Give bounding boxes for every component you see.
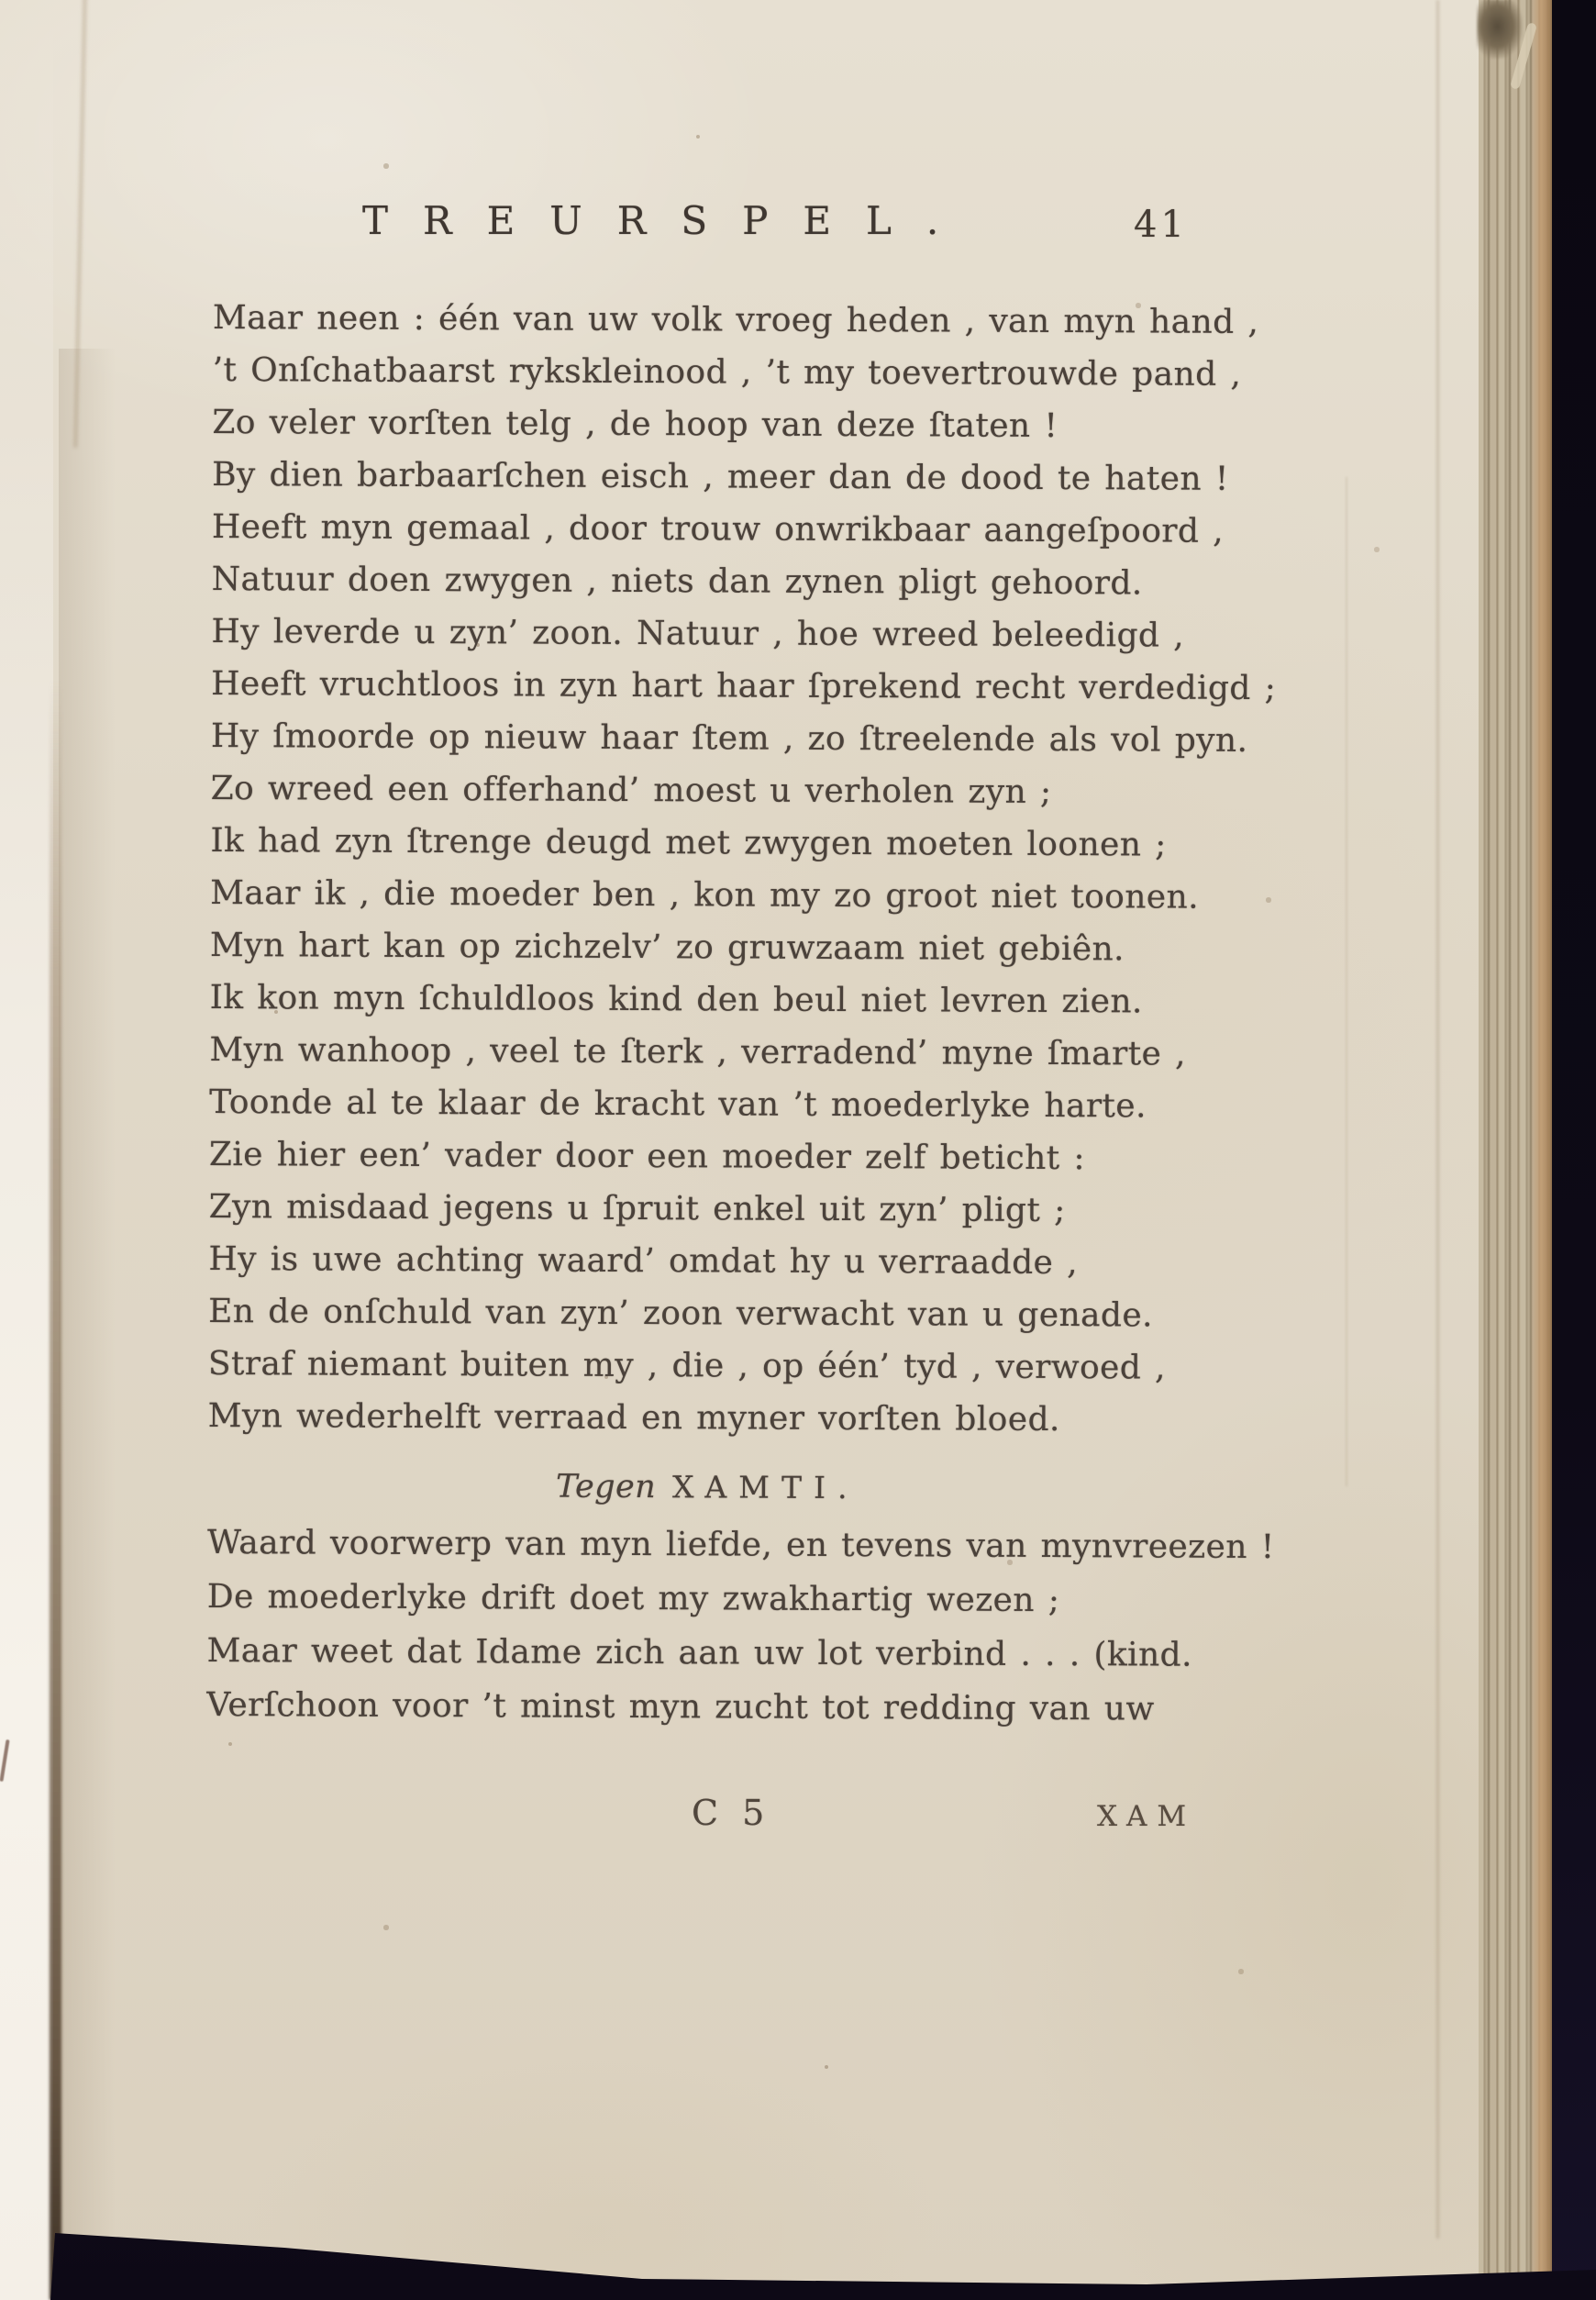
poem-line: Waard voorwerp van myn liefde, en tevens… [207, 1516, 1400, 1575]
poem-line: Myn wanhoop , veel te ſterk , verradend’… [209, 1024, 1402, 1082]
poem-line: Hy ſmoorde op nieuw haar ſtem , zo ſtree… [211, 710, 1403, 768]
poem-line: Hy is uwe achting waard’ omdat hy u verr… [208, 1233, 1401, 1291]
stage-direction-prefix: Tegen [556, 1469, 656, 1506]
gutter-shadow [50, 679, 61, 2300]
poem-line: Hy leverde u zyn’ zoon. Natuur , hoe wre… [211, 606, 1403, 663]
paper-crease-right [1436, 0, 1439, 2239]
paper-blemish [1477, 0, 1523, 59]
poem-line: Toonde al te klaar de kracht van ’t moed… [209, 1076, 1402, 1134]
facing-page-edge [0, 0, 53, 2300]
stage-direction: TegenXAMTI. [207, 1459, 1400, 1517]
poem-line: Maar neen : één van uw volk vroeg heden … [213, 292, 1405, 350]
poem-line: Zyn misdaad jegens u ſpruit enkel uit zy… [209, 1181, 1402, 1239]
poem-line: Zo wreed een offerhand’ moest u verholen… [211, 762, 1403, 820]
gutter-shade [59, 349, 116, 2300]
signature-mark: C 5 [692, 1793, 770, 1833]
poem-line: Zie hier een’ vader door een moeder zelf… [209, 1128, 1402, 1186]
poem-line: Ik had zyn ſtrenge deugd met zwygen moet… [210, 815, 1402, 872]
book-photo: TREURSPEL. 41 Maar neen : één van uw vol… [0, 0, 1596, 2300]
dark-background-right [1552, 0, 1596, 2300]
poem-line: Verſchoon voor ’t minst myn zucht tot re… [206, 1678, 1399, 1738]
poem-line: Zo veler vorſten telg , de hoop van deze… [212, 396, 1404, 454]
stage-direction-name: XAMTI. [672, 1469, 859, 1506]
fore-edge-rim [1530, 0, 1554, 2300]
paper-specks [0, 0, 2, 2]
poem-line: Heeft myn gemaal , door trouw onwrikbaar… [212, 501, 1404, 559]
poem-line: Myn hart kan op zichzelv’ zo gruwzaam ni… [210, 919, 1402, 977]
poem-line: Maar ik , die moeder ben , kon my zo gro… [210, 867, 1402, 925]
poem-text-continued: Waard voorwerp van myn liefde, en tevens… [206, 1516, 1400, 1738]
poem-line: Ik kon myn ſchuldloos kind den beul niet… [210, 972, 1402, 1029]
poem-line: By dien barbaarſchen eisch , meer dan de… [212, 449, 1404, 506]
poem-line: ’t Onſchatbaarst rykskleinood , ’t my to… [213, 344, 1405, 402]
poem-line: De moederlyke drift doet my zwakhartig w… [207, 1570, 1400, 1629]
poem-line: Myn wederhelft verraad en myner vorſten … [208, 1390, 1401, 1448]
poem-line: Natuur doen zwygen , niets dan zynen pli… [212, 553, 1404, 611]
page-number: 41 [1134, 204, 1188, 246]
poem-line: Heeft vruchtloos in zyn hart haar ſpreke… [211, 658, 1403, 716]
poem-line: Maar weet dat Idame zich aan uw lot verb… [206, 1624, 1399, 1683]
poem-text: Maar neen : één van uw volk vroeg heden … [206, 292, 1405, 1738]
running-title: TREURSPEL. [362, 198, 973, 243]
catchword: XAM [1097, 1800, 1196, 1833]
poem-line: En de onſchuld van zyn’ zoon verwacht va… [208, 1285, 1401, 1343]
poem-line: Straf niemant buiten my , die , op één’ … [208, 1338, 1401, 1395]
